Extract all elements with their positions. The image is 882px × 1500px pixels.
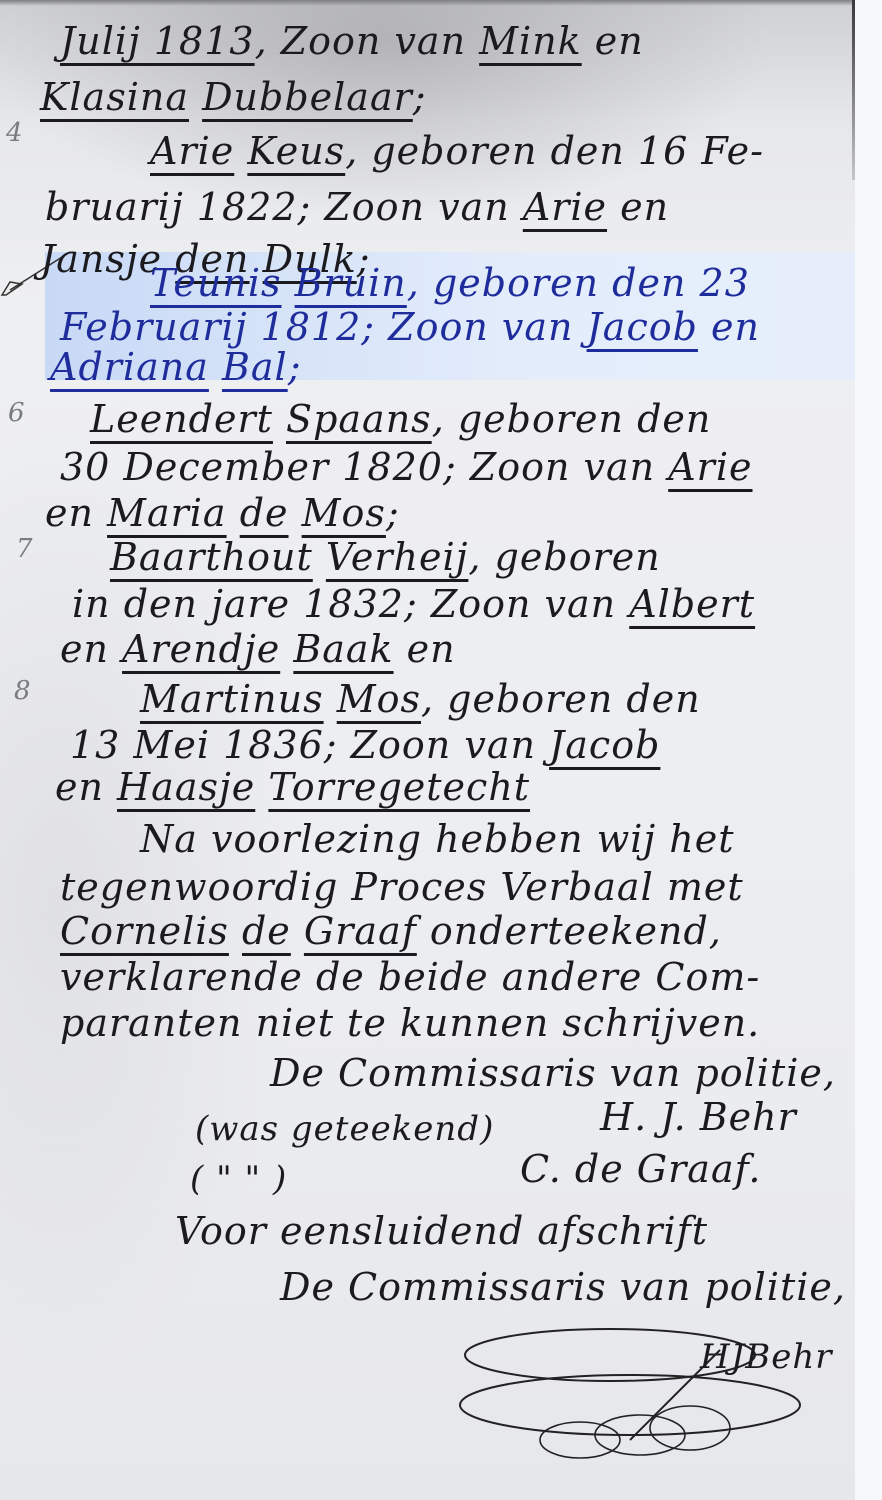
- signature-flourish: [380, 1310, 860, 1480]
- page-top-edge: [0, 0, 855, 6]
- text: , geboren: [468, 535, 660, 579]
- name-first: Cornelis: [60, 909, 229, 953]
- name-father: Albert: [629, 582, 755, 626]
- entry-4-line-2: bruarij 1822; Zoon van Arie en: [45, 188, 669, 226]
- signer-2: C. de Graaf.: [520, 1150, 761, 1188]
- name-mother-first: Jansje: [40, 237, 162, 281]
- text: en: [55, 765, 117, 809]
- text: ;: [288, 345, 302, 389]
- text: [209, 345, 222, 389]
- name-last: Verheij: [326, 535, 469, 579]
- signature-title-line-2: De Commissaris van politie,: [280, 1268, 846, 1306]
- closing-line-2: tegenwoordig Proces Verbaal met: [60, 868, 744, 906]
- text: [282, 261, 295, 305]
- margin-number-7: 7: [16, 534, 33, 564]
- text: [255, 765, 268, 809]
- text: ;: [386, 491, 400, 535]
- text: en: [60, 627, 122, 671]
- entry-6-line-2: 30 December 1820; Zoon van Arie: [60, 448, 752, 486]
- certification-line: Voor eensluidend afschrift: [175, 1212, 708, 1250]
- closing-line-5: paranten niet te kunnen schrijven.: [60, 1004, 760, 1042]
- text-date: Julij 1813: [60, 19, 255, 63]
- text: Februarij 1812; Zoon van: [60, 305, 587, 349]
- text: , geboren den: [432, 397, 712, 441]
- text: [324, 677, 337, 721]
- entry-7-line-1: Baarthout Verheij, geboren: [110, 538, 661, 576]
- name-mother-first: Haasje: [117, 765, 255, 809]
- text: , Zoon van: [255, 19, 480, 63]
- text: , geboren den 23: [407, 261, 750, 305]
- text: [313, 535, 326, 579]
- name-first: Martinus: [140, 677, 324, 721]
- name-last: Bruin: [295, 261, 407, 305]
- name-father: Mink: [479, 19, 582, 63]
- closing-line-3: Cornelis de Graaf onderteekend,: [60, 912, 722, 950]
- signed-label: (was geteekend): [195, 1112, 494, 1146]
- closing-line-1: Na voorlezing hebben wij het: [140, 820, 735, 858]
- name-mother-last: Bal: [222, 345, 288, 389]
- name-first: Arie: [150, 129, 234, 173]
- name-mother-last: Mos: [302, 491, 386, 535]
- name-mother-last: Baak: [293, 627, 393, 671]
- text: en: [582, 19, 644, 63]
- entry-continuation-line-1: Julij 1813, Zoon van Mink en: [60, 22, 644, 60]
- name-first: Teunis: [150, 261, 282, 305]
- name-father: Arie: [523, 185, 607, 229]
- name-mother-first: Adriana: [50, 345, 209, 389]
- text: [280, 627, 293, 671]
- name-prefix: de: [240, 491, 289, 535]
- text: en: [394, 627, 456, 671]
- entry-7-line-2: in den jare 1832; Zoon van Albert: [72, 585, 755, 623]
- entry-5-line-3: Adriana Bal;: [50, 348, 302, 386]
- name-mother-first: Klasina: [40, 75, 189, 119]
- name-prefix: de: [242, 909, 291, 953]
- entry-5-line-2: Februarij 1812; Zoon van Jacob en: [60, 308, 760, 346]
- text: ;: [413, 75, 427, 119]
- text: 13 Mei 1836; Zoon van: [70, 723, 549, 767]
- text: [273, 397, 286, 441]
- text: bruarij 1822; Zoon van: [45, 185, 523, 229]
- entry-4-line-1: Arie Keus, geboren den 16 Fe-: [150, 132, 764, 170]
- text: in den jare 1832; Zoon van: [72, 582, 629, 626]
- name-mother-first: Maria: [107, 491, 227, 535]
- final-signature: HJBehr: [700, 1340, 833, 1374]
- name-father: Jacob: [587, 305, 698, 349]
- name-mother-first: Arendje: [122, 627, 280, 671]
- entry-continuation-line-2: Klasina Dubbelaar;: [40, 78, 427, 116]
- name-father: Arie: [668, 445, 752, 489]
- entry-6-line-3: en Maria de Mos;: [45, 494, 400, 532]
- signer-1: H. J. Behr: [600, 1098, 797, 1136]
- text: [289, 491, 302, 535]
- name-last: Mos: [337, 677, 421, 721]
- scan-margin: [855, 0, 882, 1500]
- entry-6-line-1: Leendert Spaans, geboren den: [90, 400, 711, 438]
- text: [189, 75, 202, 119]
- signature-title-line: De Commissaris van politie,: [270, 1054, 836, 1092]
- margin-number-6: 6: [8, 398, 25, 428]
- text: , geboren den: [421, 677, 701, 721]
- entry-8-line-3: en Haasje Torregetecht: [55, 768, 530, 806]
- text: , geboren den 16 Fe-: [345, 129, 764, 173]
- name-first: Baarthout: [110, 535, 313, 579]
- name-last: Graaf: [304, 909, 417, 953]
- name-last: Keus: [247, 129, 345, 173]
- entry-5-line-1: Teunis Bruin, geboren den 23: [150, 264, 750, 302]
- ditto-label: ( " " ): [190, 1162, 287, 1196]
- name-mother-last: Torregetecht: [268, 765, 530, 809]
- margin-number-8: 8: [14, 676, 31, 706]
- name-father: Jacob: [549, 723, 660, 767]
- document-page: 4 6 7 8 Julij 1813, Zoon van Mink en Kla…: [0, 0, 856, 1500]
- text: en: [45, 491, 107, 535]
- text: [227, 491, 240, 535]
- name-last: Spaans: [286, 397, 432, 441]
- text: [234, 129, 247, 173]
- name-first: Leendert: [90, 397, 273, 441]
- entry-7-line-3: en Arendje Baak en: [60, 630, 456, 668]
- text: en: [607, 185, 669, 229]
- entry-8-line-1: Martinus Mos, geboren den: [140, 680, 701, 718]
- text: en: [698, 305, 760, 349]
- entry-8-line-2: 13 Mei 1836; Zoon van Jacob: [70, 726, 660, 764]
- text: 30 December 1820; Zoon van: [60, 445, 668, 489]
- margin-number-4: 4: [6, 118, 23, 148]
- name-mother-last: Dubbelaar: [202, 75, 413, 119]
- closing-line-4: verklarende de beide andere Com-: [60, 958, 760, 996]
